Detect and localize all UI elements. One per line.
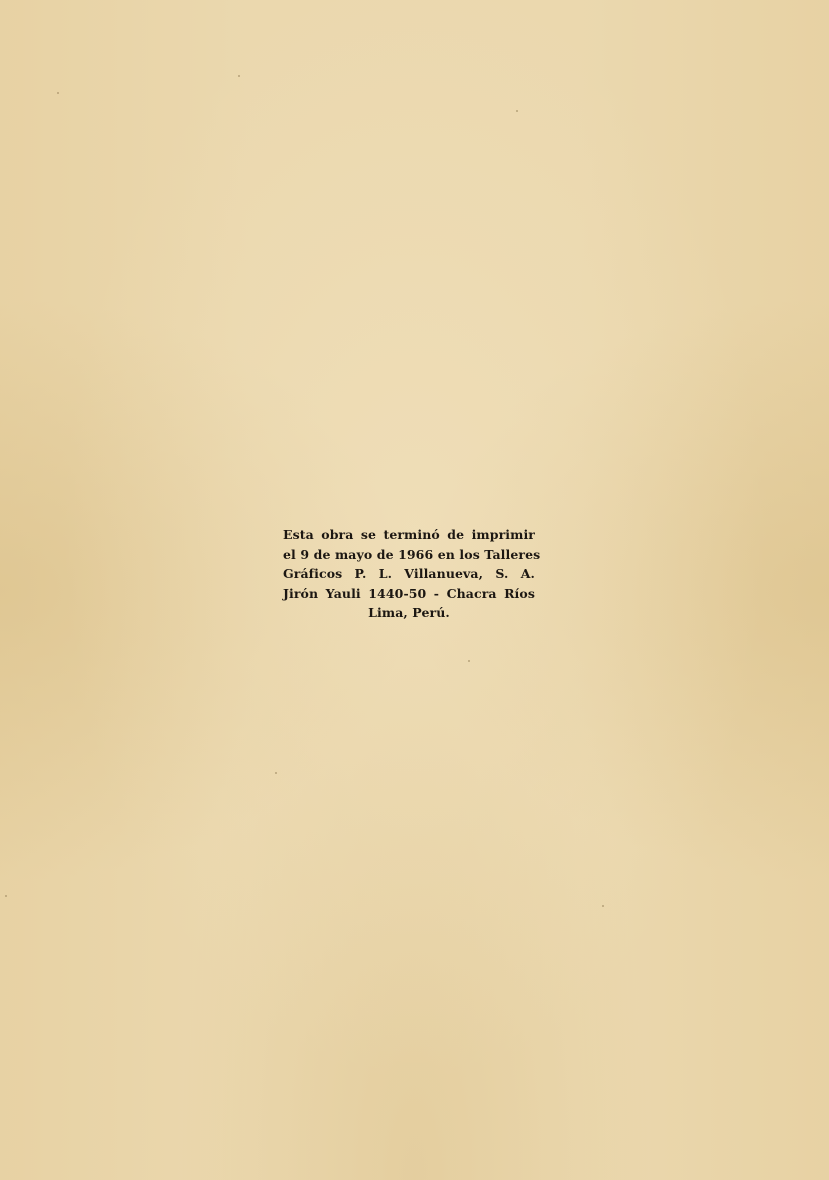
colophon-line: Gráficos P. L. Villanueva, S. A. xyxy=(283,564,535,584)
paper-speck xyxy=(5,895,7,897)
colophon-line: el 9 de mayo de 1966 en los Talleres xyxy=(283,545,535,565)
book-page: Esta obra se terminó de imprimir el 9 de… xyxy=(0,0,829,1180)
paper-speck xyxy=(602,905,604,907)
paper-speck xyxy=(238,75,240,77)
colophon-line: Jirón Yauli 1440-50 - Chacra Ríos xyxy=(283,584,535,604)
colophon-line-city: Lima, Perú. xyxy=(283,603,535,623)
paper-speck xyxy=(468,660,470,662)
paper-speck xyxy=(275,772,277,774)
paper-speck xyxy=(516,110,518,112)
paper-speck xyxy=(57,92,59,94)
colophon-text: Esta obra se terminó de imprimir el 9 de… xyxy=(283,525,535,623)
colophon-line: Esta obra se terminó de imprimir xyxy=(283,525,535,545)
